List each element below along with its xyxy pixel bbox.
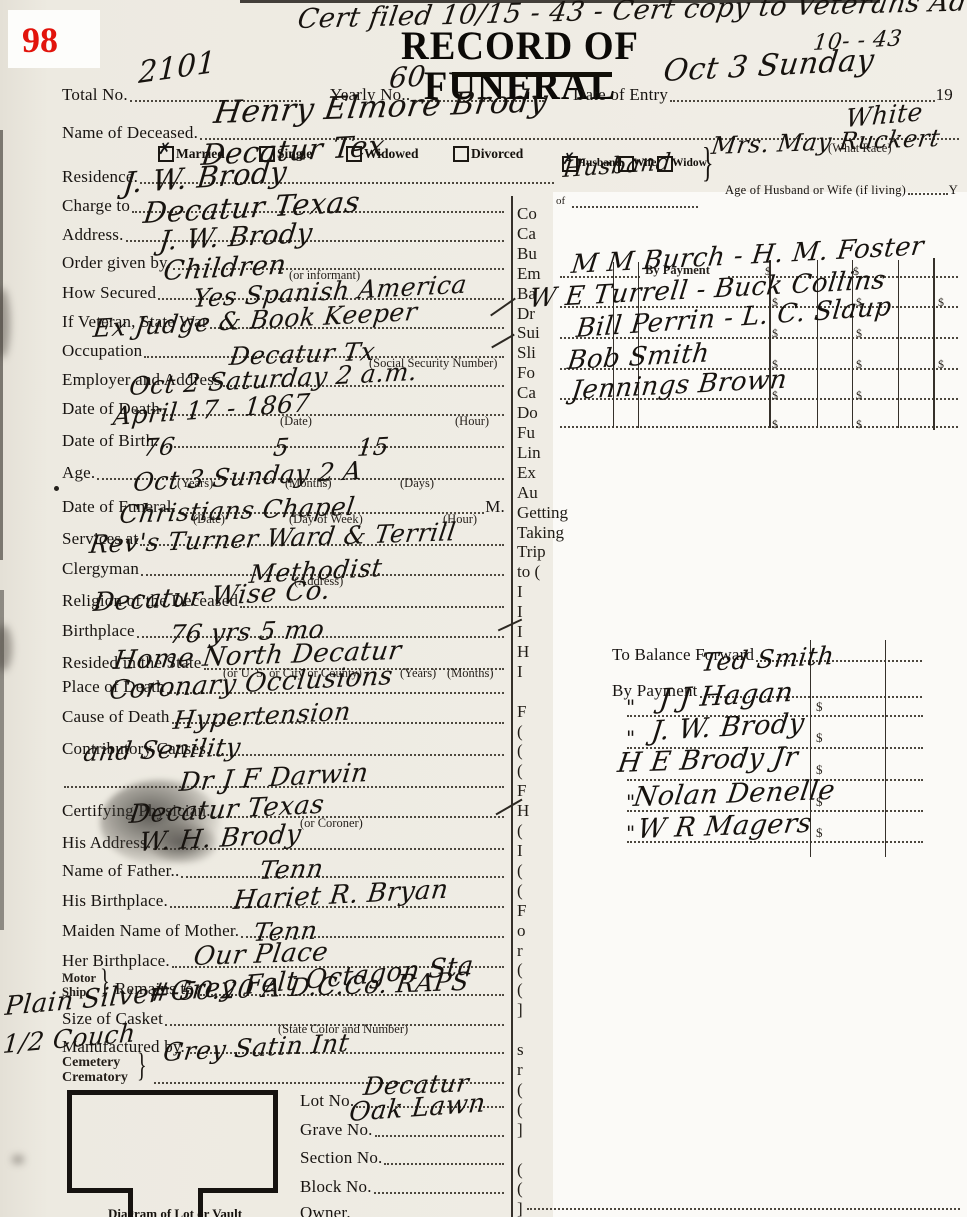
how-secured-label: How Secured: [62, 284, 156, 301]
lot-no-label: Lot No.: [300, 1092, 354, 1109]
dollar-sign: $: [856, 389, 862, 401]
spouse-age-suffix: Y: [949, 184, 958, 197]
age-label: Age.: [62, 464, 95, 481]
dotted-line: [527, 1208, 960, 1210]
spouse-written-value: Husband: [562, 152, 672, 180]
payment-entry: Nolan Denelle: [632, 779, 837, 810]
meridiem-label: M.: [485, 498, 505, 515]
birthplace-label: Birthplace: [62, 622, 135, 639]
date-of-entry-label: Date of Entry: [573, 86, 668, 103]
checkbox-divorced: [453, 146, 469, 162]
payment-entry: J J Hagan: [658, 681, 795, 712]
dollar-sign: $: [856, 358, 862, 370]
ditto-mark: ": [626, 728, 635, 748]
cause-of-death-label: Cause of Death: [62, 708, 170, 725]
dotted-line: [908, 193, 948, 195]
payment-entry: J. W. Brody: [650, 712, 806, 745]
owner-label: Owner.: [300, 1204, 351, 1217]
cemetery-value: Grey Satin Int: [162, 1032, 350, 1064]
ledger-rule: [933, 258, 935, 430]
ditto-mark: ": [626, 697, 635, 717]
field-block-no: Block No.: [300, 1176, 505, 1195]
occupation-value: Ex Judge & Book Keeper: [92, 301, 419, 341]
checkbox-divorced-label: Divorced: [471, 147, 523, 161]
section-no-label: Section No.: [300, 1149, 382, 1166]
check-mark: ✗: [158, 141, 171, 157]
dollar-sign: $: [856, 327, 862, 339]
funeral-record-document: 98 Cert filed 10/15 - 43 - Cert copy to …: [0, 0, 967, 1217]
contributory-causes-value: Hypertension: [172, 701, 352, 733]
his-birthplace-value: Tenn: [258, 858, 325, 883]
dotted-line: [374, 1192, 504, 1194]
field-owner: Owner.: [300, 1202, 505, 1217]
payment-entry: Ted Smith: [700, 645, 836, 675]
dollar-sign: $: [938, 358, 944, 370]
scan-smudge: [12, 1155, 24, 1164]
her-birthplace-label: Her Birthplace.: [62, 952, 170, 969]
scan-speck: [54, 486, 59, 491]
dotted-line: [375, 1135, 504, 1137]
dotted-line: [161, 446, 504, 448]
dollar-sign: $: [816, 826, 823, 839]
name-of-father-value: W. H. Brody: [138, 823, 303, 855]
certifying-physician-value: Dr J F Darwin: [178, 762, 370, 795]
hour-sublabel: (Hour): [455, 415, 489, 428]
title-underline: [452, 72, 612, 77]
his-birthplace-label: His Birthplace.: [62, 892, 168, 909]
ledger-rule: [885, 640, 886, 857]
lot-diagram: [67, 1090, 278, 1193]
age-years-value: 76: [142, 436, 176, 459]
payment-entry: H E Brody Jr: [616, 746, 800, 777]
cemetery-brace: }: [137, 1049, 147, 1083]
block-no-label: Block No.: [300, 1178, 372, 1195]
ledger-rule: [898, 260, 899, 428]
total-no-label: Total No.: [62, 86, 128, 103]
field-spouse-age: Age of Husband or Wife (if living)Y: [725, 182, 958, 196]
column-divider-rule: [511, 196, 513, 1217]
ditto-mark: ": [626, 823, 635, 843]
field-section-no: Section No.: [300, 1147, 505, 1166]
order-given-by-value: J. W. Brody: [158, 222, 314, 255]
date-of-entry-value: Oct 3 Sunday: [662, 47, 876, 85]
lot-diagram-bottom-left: [67, 1188, 133, 1193]
scan-smudge: [0, 288, 10, 358]
dollar-sign: $: [772, 418, 778, 430]
dollar-sign: $: [816, 700, 823, 713]
dollar-sign: $: [938, 296, 944, 308]
maiden-name-label: Maiden Name of Mother.: [62, 922, 239, 939]
checkbox-married: ✗: [158, 146, 174, 162]
order-given-by-label: Order given by.: [62, 254, 171, 271]
spouse-name-value: Mrs. May Ruckert: [710, 128, 941, 158]
dotted-line: [213, 754, 505, 756]
address-label: Address.: [62, 226, 124, 243]
spouse-age-label: Age of Husband or Wife (if living): [725, 184, 906, 197]
dotted-line: [181, 876, 504, 878]
total-no-value: 2101: [138, 49, 217, 87]
dollar-sign: $: [816, 763, 823, 776]
dotted-line: [572, 206, 698, 208]
age-months-value: 5: [272, 437, 290, 460]
lot-diagram-bottom-right: [198, 1188, 278, 1193]
motor-label: Motor: [62, 972, 96, 985]
clergyman-label: Clergyman: [62, 560, 139, 577]
charge-to-label: Charge to: [62, 197, 130, 214]
diagram-caption: Diagram of Lot or Vault: [108, 1206, 242, 1217]
scan-smudge: [0, 625, 12, 671]
cemetery-label: Cemetery: [62, 1056, 120, 1070]
name-of-deceased-label: Name of Deceased.: [62, 124, 198, 141]
crematory-label: Crematory: [62, 1071, 128, 1085]
dotted-line: [384, 1163, 504, 1165]
birthplace-value: Decatur Wise Co.: [92, 579, 332, 615]
dollar-sign: $: [856, 418, 862, 430]
year-prefix: 19: [936, 86, 953, 103]
payment-entry: W R Magers: [636, 812, 813, 843]
form-column-fragments: Co Ca Bu Em Ba Dr Sui Sli Fo Ca Do Fu Li…: [517, 204, 557, 1217]
contributory-causes-value2: and Senility: [82, 736, 242, 764]
of-sublabel: of: [556, 196, 565, 207]
page-number-stamp: 98: [22, 22, 58, 58]
days-sublabel: (Days): [400, 477, 434, 490]
dollar-sign: $: [816, 731, 823, 744]
occupation-label: Occupation: [62, 342, 142, 359]
